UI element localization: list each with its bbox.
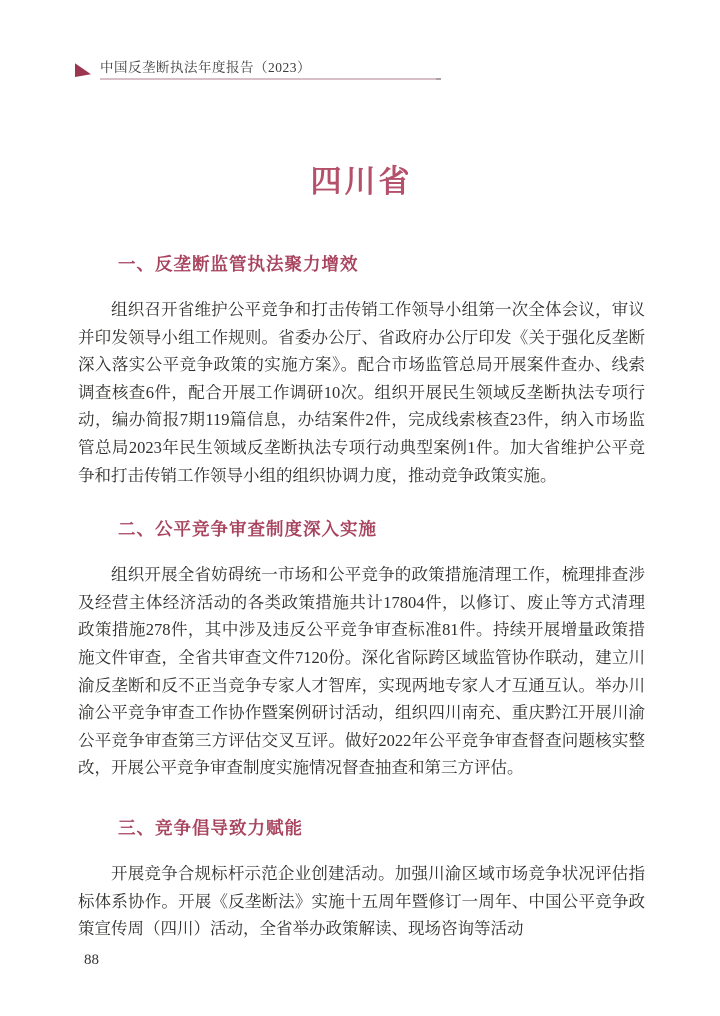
document-page: 中国反垄断执法年度报告（2023） 四川省 一、反垄断监管执法聚力增效 组织召开… [0, 0, 720, 1016]
section-3-heading: 三、竞争倡导致力赋能 [118, 816, 645, 840]
page-number: 88 [84, 950, 99, 970]
section-1-paragraph: 组织召开省维护公平竞争和打击传销工作领导小组第一次全体会议，审议并印发领导小组工… [78, 296, 645, 489]
section-3: 三、竞争倡导致力赋能 开展竞争合规标杆示范企业创建活动。加强川渝区域市场竞争状况… [78, 816, 645, 943]
triangle-marker-icon [75, 62, 91, 77]
section-1-heading: 一、反垄断监管执法聚力增效 [118, 252, 645, 276]
section-3-paragraph: 开展竞争合规标杆示范企业创建活动。加强川渝区域市场竞争状况评估指标体系协作。开展… [78, 860, 645, 943]
running-header: 中国反垄断执法年度报告（2023） [78, 56, 645, 80]
header-rule [100, 78, 437, 80]
section-2-heading: 二、公平竞争审查制度深入实施 [118, 517, 645, 541]
section-2-paragraph: 组织开展全省妨碍统一市场和公平竞争的政策措施清理工作，梳理排查涉及经营主体经济活… [78, 561, 645, 782]
section-2: 二、公平竞争审查制度深入实施 组织开展全省妨碍统一市场和公平竞争的政策措施清理工… [78, 517, 645, 782]
report-title: 中国反垄断执法年度报告（2023） [100, 56, 311, 76]
section-1: 一、反垄断监管执法聚力增效 组织召开省维护公平竞争和打击传销工作领导小组第一次全… [78, 252, 645, 489]
page-title: 四川省 [78, 162, 645, 202]
